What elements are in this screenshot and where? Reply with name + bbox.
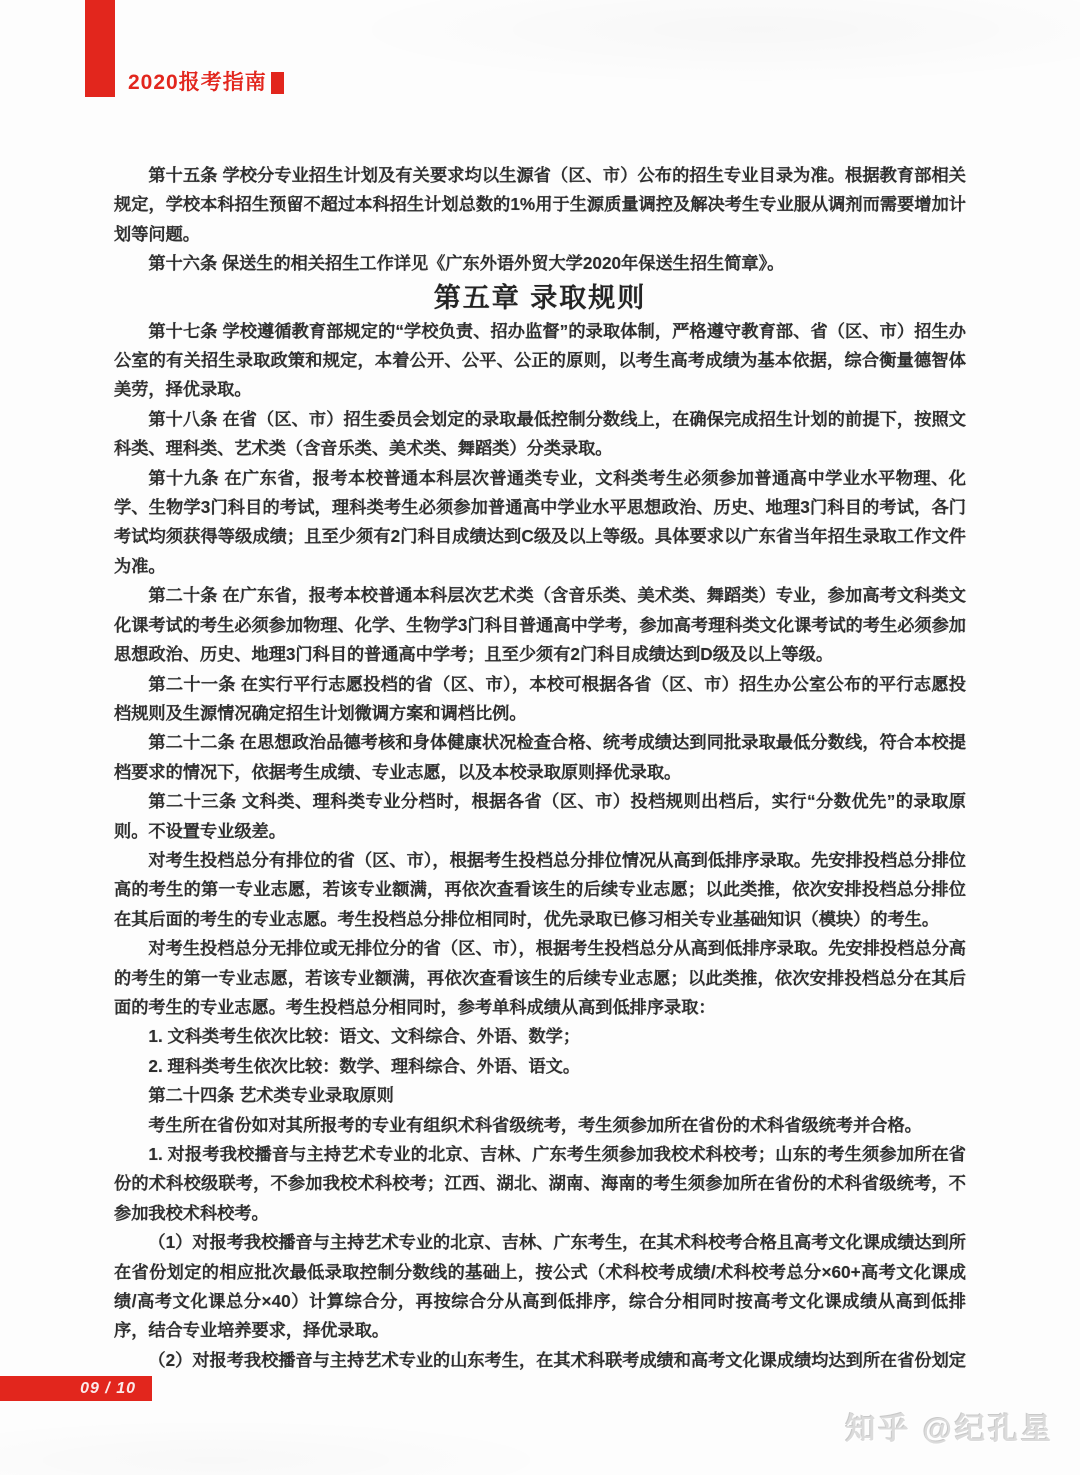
paragraph-broadcasting-exam-rule: 1. 对报考我校播音与主持艺术专业的北京、吉林、广东考生须参加我校术科校考；山东… [114, 1140, 966, 1228]
paragraph-article-16: 第十六条 保送生的相关招生工作详见《广东外语外贸大学2020年保送生招生简章》。 [114, 249, 966, 278]
brand-square-icon [271, 72, 284, 94]
paragraph-unranked-provinces-rule: 对考生投档总分无排位或无排位分的省（区、市），根据考生投档总分从高到低排序录取。… [114, 934, 966, 1022]
watermark-text: 知乎 @纪孔星 [845, 1413, 1054, 1446]
page-number-badge: 09 / 10 [0, 1376, 152, 1401]
paragraph-article-17: 第十七条 学校遵循教育部规定的“学校负责、招办监督”的录取体制，严格遵守教育部、… [114, 317, 966, 405]
chapter-5-heading: 第五章 录取规则 [114, 279, 966, 317]
paragraph-article-23: 第二十三条 文科类、理科类专业分档时，根据各省（区、市）投档规则出档后，实行“分… [114, 787, 966, 846]
guide-brand: 2020报考指南 [128, 70, 284, 96]
paragraph-broadcasting-sub-rule-2: （2）对报考我校播音与主持艺术专业的山东考生，在其术科联考成绩和高考文化课成绩均… [114, 1346, 966, 1405]
paragraph-article-24-title: 第二十四条 艺术类专业录取原则 [114, 1081, 966, 1110]
paragraph-article-15: 第十五条 学校分专业招生计划及有关要求均以生源省（区、市）公布的招生专业目录为准… [114, 161, 966, 249]
paragraph-article-22: 第二十二条 在思想政治品德考核和身体健康状况检查合格、统考成绩达到同批录取最低分… [114, 728, 966, 787]
guide-brand-label: 2020报考指南 [128, 70, 267, 96]
list-item-tiebreak-science: 2. 理科类考生依次比较：数学、理科综合、外语、语文。 [114, 1052, 966, 1081]
paragraph-provincial-exam-requirement: 考生所在省份如对其所报考的专业有组织术科省级统考，考生须参加所在省份的术科省级统… [114, 1111, 966, 1140]
paragraph-article-19: 第十九条 在广东省，报考本校普通本科层次普通类专业，文科类考生必须参加普通高中学… [114, 464, 966, 582]
page-number-text: 09 / 10 [80, 1380, 136, 1397]
paragraph-broadcasting-sub-rule-1: （1）对报考我校播音与主持艺术专业的北京、吉林、广东考生，在其术科校考合格且高考… [114, 1228, 966, 1346]
paragraph-ranked-provinces-rule: 对考生投档总分有排位的省（区、市），根据考生投档总分排位情况从高到低排序录取。先… [114, 846, 966, 934]
header-accent-bar [85, 0, 115, 97]
paragraph-article-18: 第十八条 在省（区、市）招生委员会划定的录取最低控制分数线上，在确保完成招生计划… [114, 405, 966, 464]
zhihu-watermark: 知乎 @纪孔星 [845, 1404, 1054, 1448]
list-item-tiebreak-liberal-arts: 1. 文科类考生依次比较：语文、文科综合、外语、数学； [114, 1022, 966, 1051]
paragraph-article-20: 第二十条 在广东省，报考本校普通本科层次艺术类（含音乐类、美术类、舞蹈类）专业，… [114, 581, 966, 669]
paragraph-article-21: 第二十一条 在实行平行志愿投档的省（区、市），本校可根据各省（区、市）招生办公室… [114, 670, 966, 729]
document-body: 第十五条 学校分专业招生计划及有关要求均以生源省（区、市）公布的招生专业目录为准… [114, 161, 966, 1405]
scanned-document-page: 2020报考指南 第十五条 学校分专业招生计划及有关要求均以生源省（区、市）公布… [0, 0, 1080, 1475]
